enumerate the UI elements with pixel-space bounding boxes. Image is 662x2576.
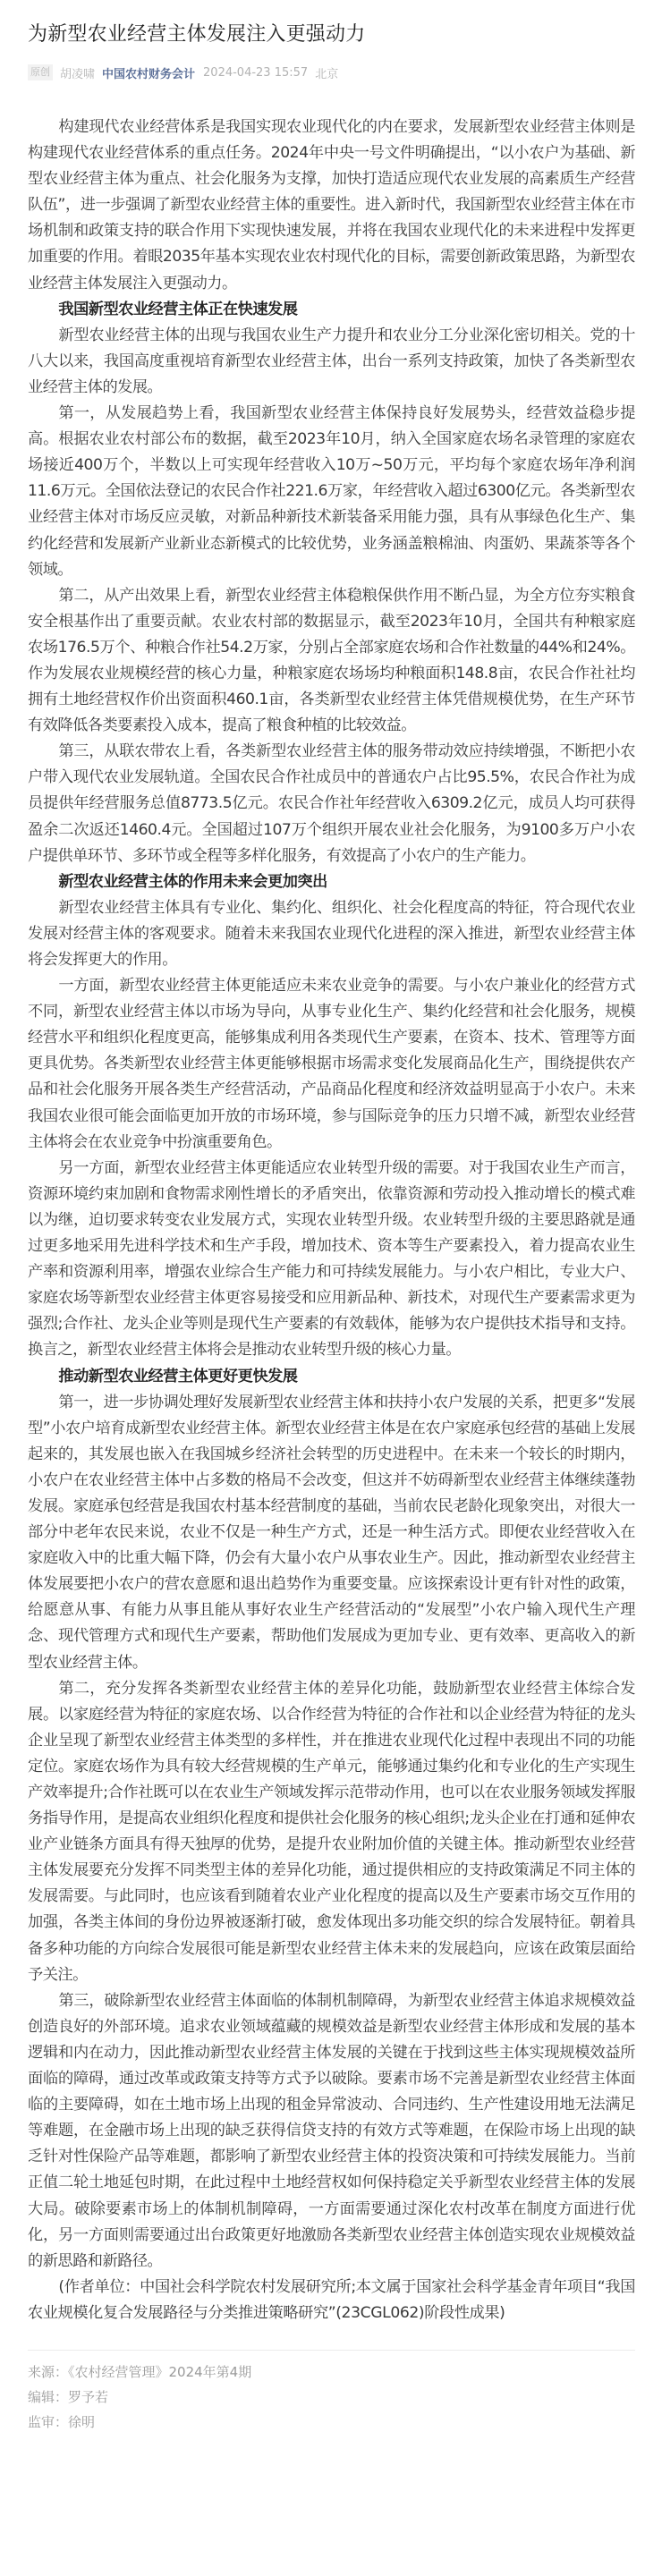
- source-line: 来源：《农村经营管理》2024年第4期: [28, 2360, 635, 2385]
- reviewer-line: 监审：徐明: [28, 2410, 635, 2435]
- footer-divider: [28, 2350, 635, 2351]
- publish-datetime: 2024-04-23 15:57: [203, 66, 308, 80]
- body-paragraph: 构建现代农业经营体系是我国实现农业现代化的内在要求，发展新型农业经营主体则是构建…: [28, 114, 635, 297]
- section-heading: 推动新型农业经营主体更好更快发展: [28, 1364, 635, 1390]
- body-paragraph: 第三，从联农带农上看，各类新型农业经营主体的服务带动效应持续增强，不断把小农户带…: [28, 739, 635, 869]
- body-paragraph: 新型农业经营主体的出现与我国农业生产力提升和农业分工分业深化密切相关。党的十八大…: [28, 323, 635, 401]
- body-paragraph: 第二，充分发挥各类新型农业经营主体的差异化功能，鼓励新型农业经营主体综合发展。以…: [28, 1676, 635, 1988]
- article-meta: 原创 胡凌啸 中国农村财务会计 2024-04-23 15:57 北京: [28, 63, 635, 82]
- article-footer: 来源：《农村经营管理》2024年第4期 编辑：罗予若 监审：徐明: [28, 2360, 635, 2435]
- article-title: 为新型农业经营主体发展注入更强动力: [28, 0, 635, 50]
- section-heading: 我国新型农业经营主体正在快速发展: [28, 297, 635, 323]
- author-name: 胡凌啸: [60, 64, 95, 81]
- editor-line: 编辑：罗予若: [28, 2385, 635, 2410]
- account-name-link[interactable]: 中国农村财务会计: [102, 64, 195, 81]
- body-paragraph: 新型农业经营主体具有专业化、集约化、组织化、社会化程度高的特征，符合现代农业发展…: [28, 895, 635, 973]
- original-badge: 原创: [28, 64, 53, 80]
- article-page: 为新型农业经营主体发展注入更强动力 原创 胡凌啸 中国农村财务会计 2024-0…: [0, 0, 662, 2435]
- body-paragraph: 第二，从产出效果上看，新型农业经营主体稳粮保供作用不断凸显，为全方位夯实粮食安全…: [28, 583, 635, 740]
- publish-location: 北京: [315, 64, 338, 81]
- section-heading: 新型农业经营主体的作用未来会更加突出: [28, 869, 635, 895]
- body-paragraph: 第三，破除新型农业经营主体面临的体制机制障碍，为新型农业经营主体追求规模效益创造…: [28, 1988, 635, 2275]
- body-paragraph: 一方面，新型农业经营主体更能适应未来农业竞争的需要。与小农户兼业化的经营方式不同…: [28, 973, 635, 1156]
- article-body: 构建现代农业经营体系是我国实现农业现代化的内在要求，发展新型农业经营主体则是构建…: [28, 114, 635, 2326]
- body-paragraph: 另一方面，新型农业经营主体更能适应农业转型升级的需要。对于我国农业生产而言，资源…: [28, 1156, 635, 1364]
- author-affiliation-note: (作者单位：中国社会科学院农村发展研究所;本文属于国家社会科学基金青年项目“我国…: [28, 2275, 635, 2326]
- body-paragraph: 第一，进一步协调处理好发展新型农业经营主体和扶持小农户发展的关系，把更多“发展型…: [28, 1390, 635, 1676]
- body-paragraph: 第一，从发展趋势上看，我国新型农业经营主体保持良好发展势头，经营效益稳步提高。根…: [28, 401, 635, 583]
